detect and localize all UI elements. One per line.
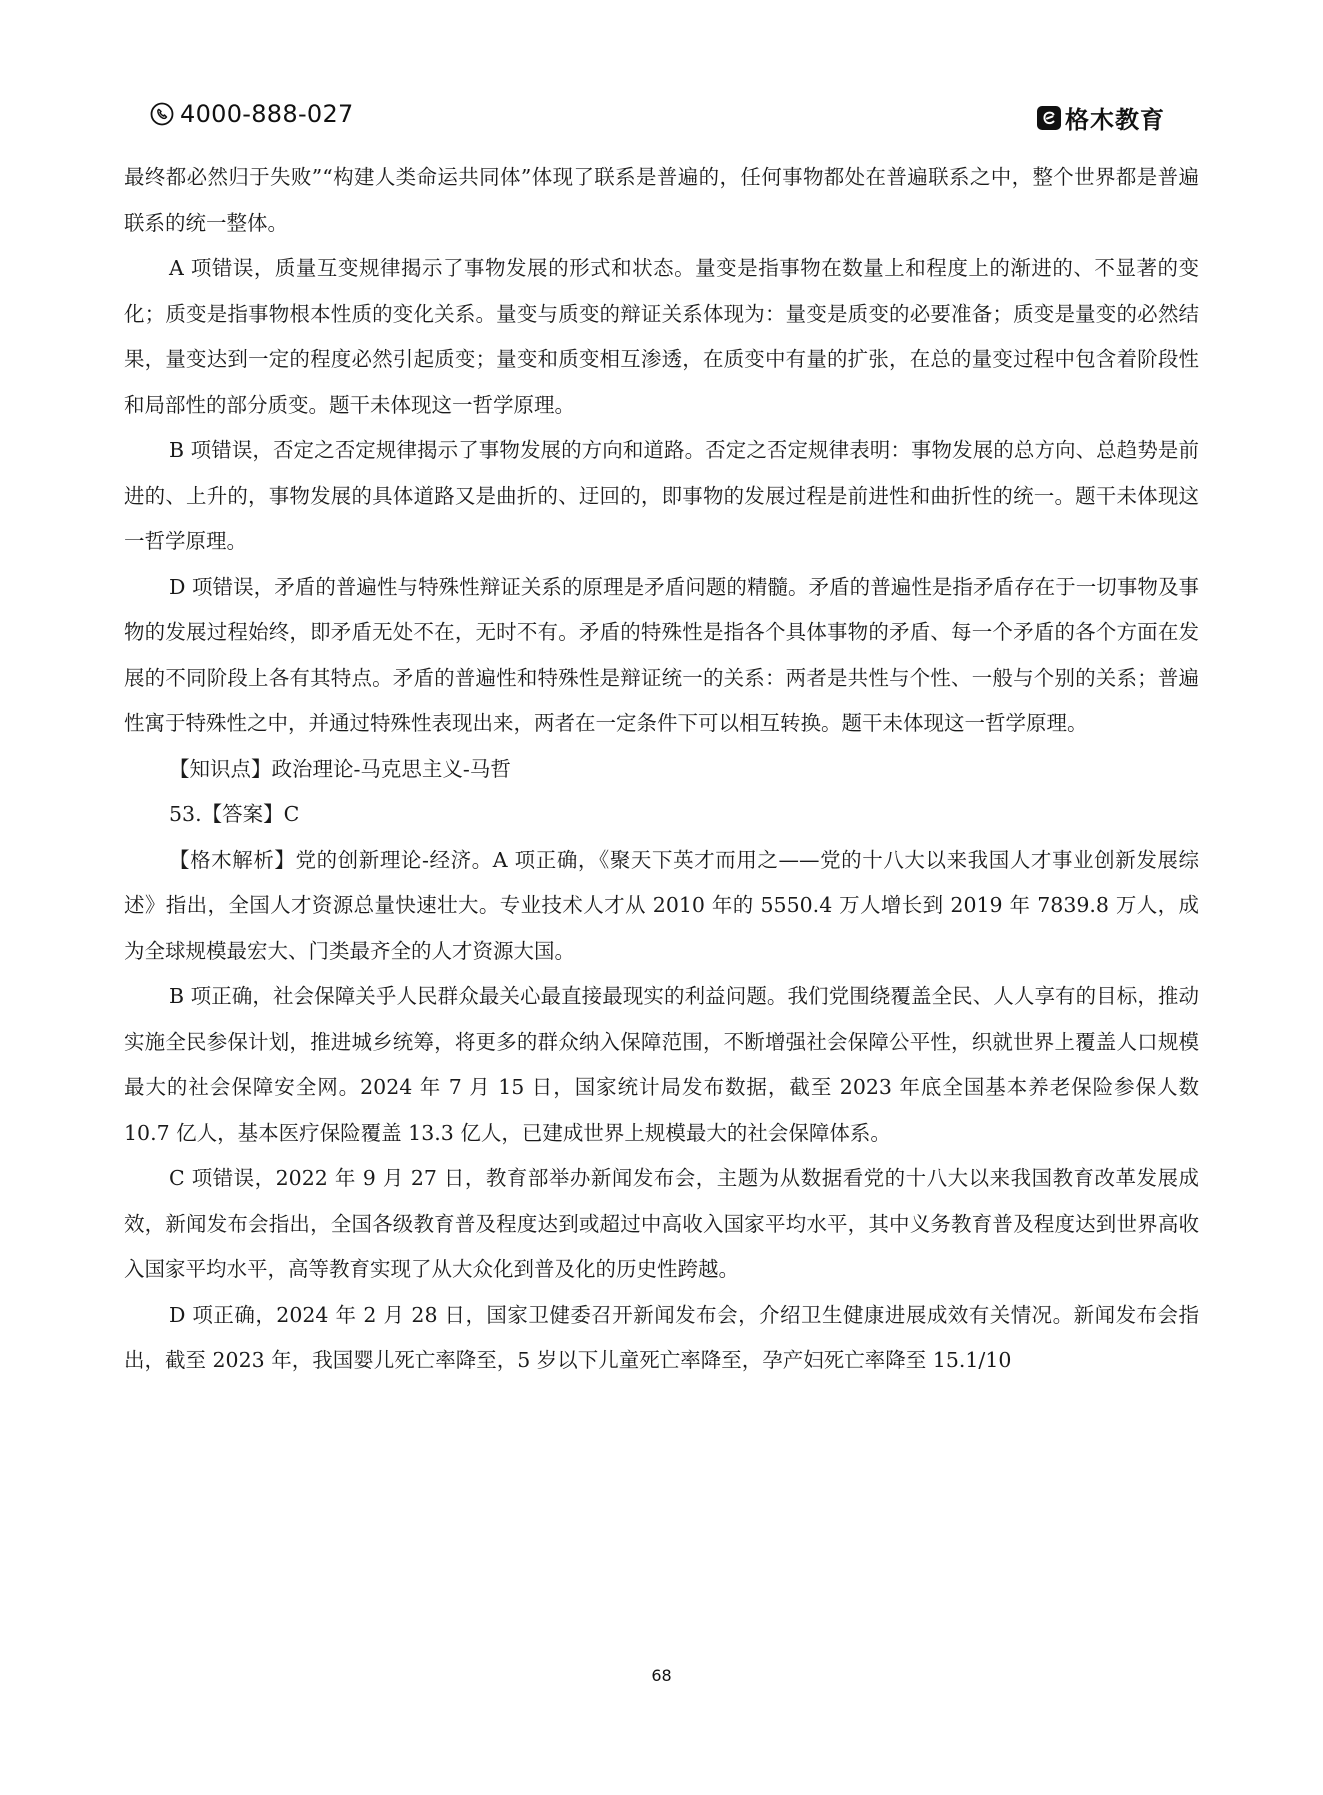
brand-name: 格木教育 — [1065, 100, 1165, 135]
question-53-analysis-d: D 项正确，2024 年 2 月 28 日，国家卫健委召开新闻发布会，介绍卫生健… — [124, 1293, 1199, 1384]
document-body: 最终都必然归于失败”“构建人类命运共同体”体现了联系是普遍的，任何事物都处在普遍… — [124, 155, 1199, 1384]
knowledge-point: 【知识点】政治理论-马克思主义-马哲 — [124, 747, 1199, 793]
hotline: 4000-888-027 — [150, 100, 354, 128]
paragraph-option-b-analysis: B 项错误，否定之否定规律揭示了事物发展的方向和道路。否定之否定规律表明：事物发… — [124, 428, 1199, 565]
brand-logo-icon — [1037, 106, 1061, 130]
question-53-answer: 53.【答案】C — [124, 792, 1199, 838]
phone-number: 4000-888-027 — [180, 100, 354, 128]
question-53-analysis-c: C 项错误，2022 年 9 月 27 日，教育部举办新闻发布会，主题为从数据看… — [124, 1156, 1199, 1293]
page-number: 68 — [0, 1666, 1323, 1685]
paragraph-option-d-analysis: D 项错误，矛盾的普遍性与特殊性辩证关系的原理是矛盾问题的精髓。矛盾的普遍性是指… — [124, 565, 1199, 747]
paragraph-intro-continuation: 最终都必然归于失败”“构建人类命运共同体”体现了联系是普遍的，任何事物都处在普遍… — [124, 155, 1199, 246]
question-53-analysis-b: B 项正确，社会保障关乎人民群众最关心最直接最现实的利益问题。我们党围绕覆盖全民… — [124, 974, 1199, 1156]
phone-icon — [150, 102, 174, 126]
page-header: 4000-888-027 格木教育 — [150, 100, 1165, 140]
question-53-analysis-a: 【格木解析】党的创新理论-经济。A 项正确，《聚天下英才而用之——党的十八大以来… — [124, 838, 1199, 975]
brand: 格木教育 — [1037, 100, 1165, 135]
paragraph-option-a-analysis: A 项错误，质量互变规律揭示了事物发展的形式和状态。量变是指事物在数量上和程度上… — [124, 246, 1199, 428]
